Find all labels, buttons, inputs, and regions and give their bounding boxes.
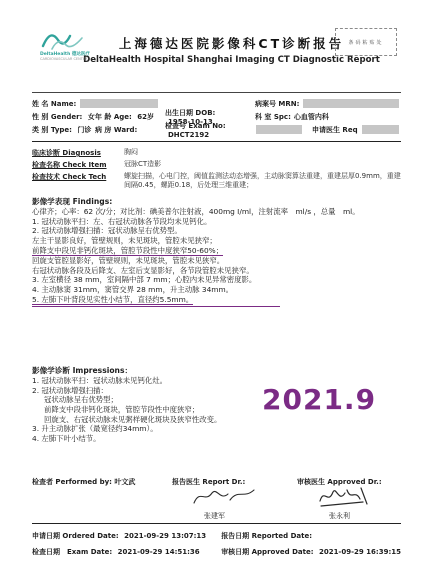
patient-age-field: 年 龄 Age: 62岁 — [95, 112, 165, 122]
redaction-box — [80, 99, 158, 108]
logo-sub-text: CARDIOVASCULAR CENTER — [40, 57, 112, 61]
mrn-label: 病案号 MRN: — [255, 99, 299, 109]
exam-no-label: 检查号 Exam No: — [165, 122, 226, 130]
patient-row-3: 类 别 Type: 门诊 病 房 Ward: 检查号 Exam No: DHCT… — [32, 123, 401, 136]
purple-annotation-line — [32, 306, 280, 307]
barcode-paste-box: 条码粘贴处 — [335, 28, 397, 56]
patient-info-block: 姓 名 Name: 病案号 MRN: 性 别 Gender: 女 年 龄 Age… — [32, 92, 401, 142]
check-tech-row: 检查技术 Check Tech 螺旋扫描，心电门控，阈值监测法动态增强，主动脉窦… — [32, 172, 401, 189]
performed-by-value: 叶文武 — [114, 478, 135, 486]
purple-underlined-text: 前降支中段见非钙化斑块，管腔节段性中度狭窄50-60%； — [32, 246, 223, 257]
diagnosis-row: 临床诊断 Diagnosis 胸闷 — [32, 148, 401, 158]
report-header: DeltaHealth 德达医疗 CARDIOVASCULAR CENTER 上… — [32, 34, 401, 86]
approved-date-field: 审核日期 Approved Date: 2021-09-29 16:39:15 — [221, 547, 401, 557]
impression-line: 3. 升主动脉扩张（最宽径约34mm）。 — [32, 424, 401, 434]
patient-req-field: 申请医生 Req — [255, 125, 401, 135]
patient-examno-field: 检查号 Exam No: DHCT2192 — [165, 121, 255, 139]
ct-report-page: DeltaHealth 德达医疗 CARDIOVASCULAR CENTER 上… — [0, 0, 423, 578]
findings-line: 回旋支管腔显影好，管壁规则，未见斑块，管腔未见狭窄。 — [32, 256, 401, 266]
approved-doctor-field: 审核医生 Approved Dr.: 张永利 — [297, 477, 401, 523]
performed-by-field: 检查者 Performed by: 叶文武 — [32, 477, 172, 523]
report-doctor-name: 张建军 — [204, 511, 225, 521]
approved-date-label: 审核日期 Approved Date: — [221, 548, 313, 556]
findings-line: 右冠状动脉各段及后降支、左室后支显影好，各节段管腔未见狭窄。 — [32, 266, 401, 276]
approved-date-value: 2021-09-29 16:39:15 — [319, 548, 401, 556]
dates-right-column: 报告日期 Reported Date: 审核日期 Approved Date: … — [221, 531, 401, 563]
exam-date-value: 2021-09-29 14:51:36 — [118, 548, 200, 556]
req-label: 申请医生 Req — [312, 125, 358, 135]
ward-label: 病 房 Ward: — [95, 126, 137, 134]
ordered-date-value: 2021-09-29 13:07:13 — [124, 532, 206, 540]
patient-mrn-field: 病案号 MRN: — [255, 99, 401, 109]
signoff-row: 检查者 Performed by: 叶文武 报告医生 Report Dr.: 张… — [32, 477, 401, 523]
gender-value: 女 — [88, 113, 95, 121]
redaction-box — [303, 99, 399, 108]
exam-date-field: 检查日期 Exam Date: 2021-09-29 14:51:36 — [32, 547, 221, 557]
findings-line: 左主干显影良好，管壁规则，未见斑块，管腔未见狭窄； — [32, 236, 401, 246]
reported-date-label: 报告日期 Reported Date: — [221, 532, 312, 540]
exam-no-value: DHCT2192 — [168, 131, 209, 139]
check-item-label: 检查名称 Check Item — [32, 160, 124, 170]
dates-left-column: 申请日期 Ordered Date: 2021-09-29 13:07:13 检… — [32, 531, 221, 563]
report-doctor-signature — [190, 485, 262, 509]
name-label: 姓 名 Name: — [32, 99, 76, 109]
redaction-box — [256, 125, 302, 134]
handwritten-date-annotation: 2021.9 — [262, 383, 376, 416]
redaction-box — [362, 125, 399, 134]
check-item-row: 检查名称 Check Item 冠脉CT造影 — [32, 160, 401, 170]
performed-by-label: 检查者 Performed by: — [32, 478, 112, 486]
footer-divider — [32, 523, 401, 524]
patient-type-field: 类 别 Type: 门诊 — [32, 125, 95, 135]
diagnosis-label: 临床诊断 Diagnosis — [32, 148, 124, 158]
age-value: 62岁 — [137, 113, 154, 121]
spc-value: 心血管内科 — [294, 112, 329, 122]
report-doctor-field: 报告医生 Report Dr.: 张建军 — [172, 477, 297, 523]
check-tech-value: 螺旋扫描，心电门控，阈值监测法动态增强，主动脉窦算法重建，重建层厚0.9mm，重… — [124, 172, 401, 189]
findings-line: 3. 左室横径 38 mm，室间隔中部 7 mm；心腔内未见异常密度影。 — [32, 275, 401, 285]
approved-doctor-signature — [315, 485, 375, 511]
spc-label: 科 室 Spc: — [255, 112, 291, 122]
findings-line-annotated: 5. 左肺下叶背段见实性小结节，直径约5.5mm。 — [32, 295, 401, 306]
patient-ward-field: 病 房 Ward: — [95, 125, 165, 135]
findings-line: 心律齐；心率：62 次/分；对比剂：碘美普尔注射液，400mg I/ml，注射流… — [32, 207, 401, 217]
report-title-en: DeltaHealth Hospital Shanghai Imaging CT… — [62, 55, 401, 65]
ordered-date-field: 申请日期 Ordered Date: 2021-09-29 13:07:13 — [32, 531, 221, 541]
patient-gender-field: 性 别 Gender: 女 — [32, 112, 95, 122]
hospital-logo: DeltaHealth 德达医疗 CARDIOVASCULAR CENTER — [40, 30, 112, 61]
age-label: 年 龄 Age: — [95, 113, 132, 121]
findings-section: 影像学表现 Findings: 心律齐；心率：62 次/分；对比剂：碘美普尔注射… — [32, 196, 401, 307]
logo-wave-icon — [40, 30, 86, 52]
exam-meta-block: 临床诊断 Diagnosis 胸闷 检查名称 Check Item 冠脉CT造影… — [32, 148, 401, 189]
check-tech-label: 检查技术 Check Tech — [32, 172, 124, 189]
findings-line-annotated: 前降支中段见非钙化斑块，管腔节段性中度狭窄50-60%； — [32, 246, 401, 257]
approved-doctor-name: 张永利 — [329, 511, 350, 521]
impressions-heading: 影像学诊断 Impressions： — [32, 365, 401, 376]
findings-line: 4. 主动脉窦 31mm，窦管交界 28 mm，升主动脉 34mm。 — [32, 285, 401, 295]
type-value: 门诊 — [77, 126, 91, 134]
impression-line: 4. 左肺下叶小结节。 — [32, 434, 401, 444]
gender-label: 性 别 Gender: — [32, 113, 82, 121]
ordered-date-label: 申请日期 Ordered Date: — [32, 532, 119, 540]
purple-underlined-text: 5. 左肺下叶背段见实性小结节，直径约5.5mm。 — [32, 295, 193, 306]
patient-spc-field: 科 室 Spc: 心血管内科 — [255, 112, 401, 122]
dob-label: 出生日期 DOB: — [165, 109, 215, 117]
reported-date-field: 报告日期 Reported Date: — [221, 531, 401, 541]
findings-heading: 影像学表现 Findings: — [32, 196, 401, 207]
check-item-value: 冠脉CT造影 — [124, 160, 401, 170]
findings-line: 2. 冠状动脉增强扫描：冠状动脉呈右优势型。 — [32, 226, 401, 236]
type-label: 类 别 Type: — [32, 126, 72, 134]
dates-block: 申请日期 Ordered Date: 2021-09-29 13:07:13 检… — [32, 531, 401, 563]
exam-date-label: 检查日期 Exam Date: — [32, 548, 112, 556]
diagnosis-value: 胸闷 — [124, 148, 401, 158]
findings-line: 1. 冠状动脉平扫：左、右冠状动脉各节段均未见钙化。 — [32, 217, 401, 227]
